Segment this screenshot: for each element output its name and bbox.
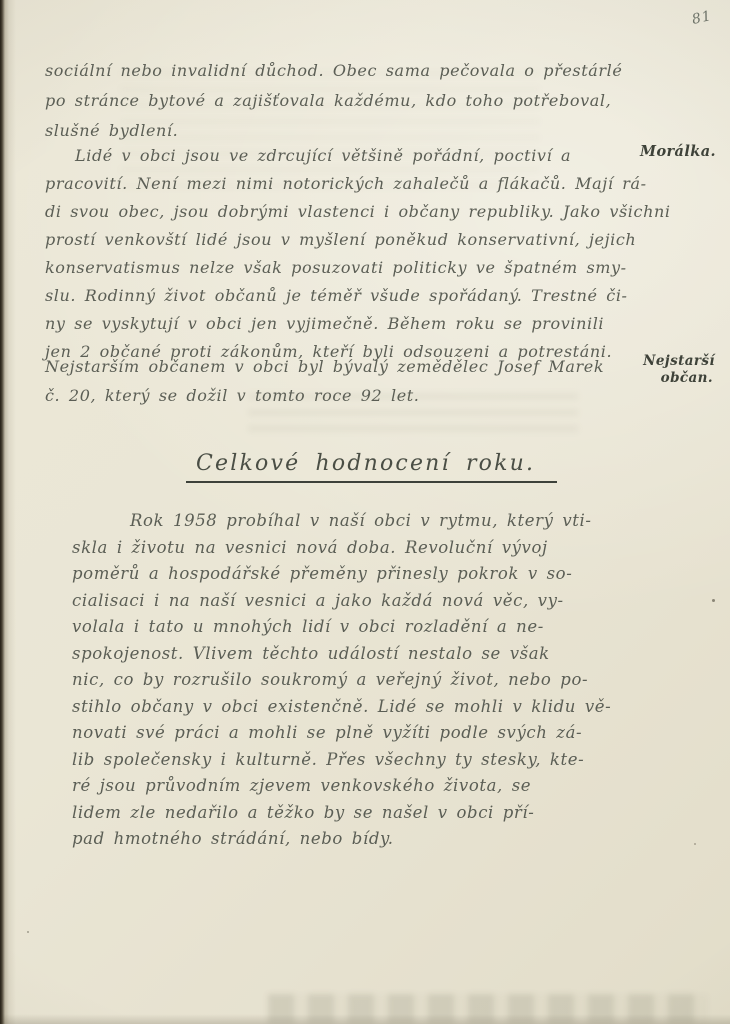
handwritten-line: pad hmotného strádání, nebo bídy. (72, 826, 637, 853)
handwritten-line: nic, co by rozrušilo soukromý a veřejný … (72, 667, 637, 694)
handwritten-line: lidem zle nedařilo a těžko by se našel v… (72, 800, 637, 827)
handwritten-line: di svou obec, jsou dobrými vlastenci i o… (45, 198, 660, 226)
handwritten-line: stihlo občany v obci existenčně. Lidé se… (72, 694, 637, 721)
handwritten-line: Lidé v obci jsou ve zdrcující většině po… (45, 142, 660, 170)
handwritten-line: volala i tato u mnohých lidí v obci rozl… (72, 614, 637, 641)
handwritten-line: po stránce bytové a zajišťovala každému,… (45, 86, 655, 116)
handwritten-line: č. 20, který se dožil v tomto roce 92 le… (45, 381, 655, 410)
page-bottom-shadow (0, 1014, 730, 1024)
paper-speck (694, 843, 696, 845)
paper-speck (712, 599, 715, 602)
page-number: 81 (691, 8, 714, 28)
handwritten-line: skla i životu na vesnici nová doba. Revo… (72, 535, 637, 562)
paragraph-pension-care: sociální nebo invalidní důchod. Obec sam… (45, 56, 655, 146)
paragraph-year-overview: Rok 1958 probíhal v naší obci v rytmu, k… (72, 508, 637, 853)
handwritten-line: ré jsou průvodním zjevem venkovského živ… (72, 773, 637, 800)
handwritten-line: poměrů a hospodářské přeměny přinesly po… (72, 561, 637, 588)
paper-speck (27, 931, 29, 933)
handwritten-line: Nejstarším občanem v obci byl bývalý zem… (45, 352, 655, 381)
handwritten-line: prostí venkovští lidé jsou v myšlení pon… (45, 226, 660, 254)
handwritten-line: konservatismus nelze však posuzovati pol… (45, 254, 660, 282)
section-heading-underlined: Celkové hodnocení roku. (186, 451, 557, 483)
handwritten-line: ny se vyskytují v obci jen vyjimečně. Bě… (45, 310, 660, 338)
paragraph-morality: Lidé v obci jsou ve zdrcující většině po… (45, 142, 660, 366)
handwritten-line: cialisaci i na naší vesnici a jako každá… (72, 588, 637, 615)
handwritten-line: lib společensky i kulturně. Přes všechny… (72, 747, 637, 774)
handwritten-line: spokojenost. Vlivem těchto událostí nest… (72, 641, 637, 668)
handwritten-line: sociální nebo invalidní důchod. Obec sam… (45, 56, 655, 86)
handwritten-line: Rok 1958 probíhal v naší obci v rytmu, k… (72, 508, 637, 535)
handwritten-line: novati své práci a mohli se plně vyžíti … (72, 720, 637, 747)
binding-edge (0, 0, 16, 1024)
handwritten-line: pracovití. Není mezi nimi notorických za… (45, 170, 660, 198)
paragraph-oldest-citizen: Nejstarším občanem v obci byl bývalý zem… (45, 352, 655, 410)
handwritten-line: slu. Rodinný život občanů je téměř všude… (45, 282, 660, 310)
chronicle-page-scan: 81 sociální nebo invalidní důchod. Obec … (0, 0, 730, 1024)
